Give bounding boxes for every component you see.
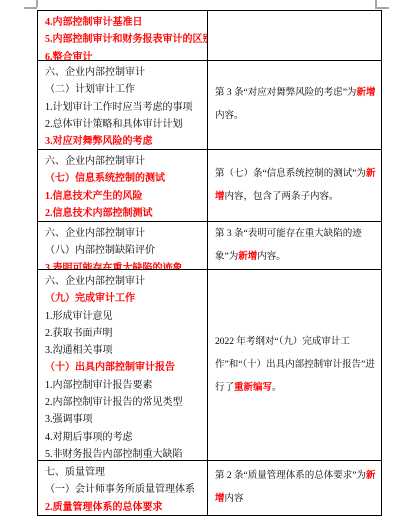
- table-row: 六、企业内部控制审计（二）计划审计工作1.计划审计工作时应当考虑的事项2.总体审…: [38, 61, 381, 150]
- outline-item-changed: 3.表明可能存在重大缺陷的迹象: [45, 260, 204, 269]
- document-page: 4.内部控制审计基准日5.内部控制审计和财务报表审计的区别6.整合审计六、企业内…: [0, 0, 417, 525]
- change-type-highlight: 新增: [356, 88, 375, 98]
- outline-item: 六、企业内部控制审计: [45, 225, 204, 242]
- outline-item: 1.形成审计意见: [45, 308, 204, 325]
- note-cell: 第（七）条“信息系统控制的测试”为新增内容，包含了两条子内容。: [208, 150, 381, 221]
- change-note: 第 3 条“对应对舞弊风险的考虑”为新增内容。: [215, 82, 376, 128]
- outline-item-changed: 1.信息技术产生的风险: [45, 188, 204, 205]
- note-cell: 第 3 条“表明可能存在重大缺陷的迹象”为新增内容。: [208, 222, 381, 269]
- outline-item-changed: 2.质量管理体系的总体要求: [45, 499, 204, 515]
- outline-item: 2.获取书面声明: [45, 325, 204, 342]
- outline-item: 六、企业内部控制审计: [45, 64, 204, 81]
- note-cell: [208, 11, 381, 60]
- note-cell: 第 3 条“对应对舞弊风险的考虑”为新增内容。: [208, 61, 381, 149]
- note-text: 内容: [225, 494, 244, 504]
- note-text: 内容。: [257, 252, 286, 262]
- note-text: 内容，包含了两条子内容。: [225, 192, 339, 202]
- outline-item: （二）计划审计工作: [45, 81, 204, 98]
- note-text: 。: [272, 383, 282, 393]
- outline-item: 2.内部控制审计报告的常见类型: [45, 394, 204, 411]
- outline-item-changed: （七）信息系统控制的测试: [45, 170, 204, 187]
- margin-mark-top-left-horizontal: [24, 7, 37, 9]
- outline-cell: 六、企业内部控制审计（二）计划审计工作1.计划审计工作时应当考虑的事项2.总体审…: [38, 61, 208, 149]
- note-cell: 第 2 条“质量管理体系的总体要求”为新增内容: [208, 461, 381, 515]
- table-row: 六、企业内部控制审计（八）内部控制缺陷评价3.表明可能存在重大缺陷的迹象第 3 …: [38, 222, 381, 270]
- outline-item-changed: 2.信息技术内部控制测试: [45, 205, 204, 221]
- outline-item: 3.强调事项: [45, 411, 204, 428]
- outline-item: 4.对期后事项的考虑: [45, 429, 204, 446]
- outline-item: 1.计划审计工作时应当考虑的事项: [45, 99, 204, 116]
- note-text: 第 3 条“对应对舞弊风险的考虑”为: [215, 88, 356, 98]
- margin-mark-top-right-horizontal: [375, 7, 389, 9]
- outline-cell: 4.内部控制审计基准日5.内部控制审计和财务报表审计的区别6.整合审计: [38, 11, 208, 60]
- outline-cell: 六、企业内部控制审计（七）信息系统控制的测试1.信息技术产生的风险2.信息技术内…: [38, 150, 208, 221]
- change-note: 第（七）条“信息系统控制的测试”为新增内容，包含了两条子内容。: [215, 163, 376, 209]
- table-row: 六、企业内部控制审计（七）信息系统控制的测试1.信息技术产生的风险2.信息技术内…: [38, 150, 381, 222]
- change-type-highlight: 新增: [238, 252, 257, 262]
- table-row: 七、质量管理（一）会计师事务所质量管理体系2.质量管理体系的总体要求第 2 条“…: [38, 461, 381, 515]
- outline-item: 六、企业内部控制审计: [45, 273, 204, 290]
- note-text: 第 3 条“表明可能存在重大缺陷的迹象”为: [215, 229, 362, 262]
- table-row: 4.内部控制审计基准日5.内部控制审计和财务报表审计的区别6.整合审计: [38, 11, 381, 61]
- change-type-highlight: 重新编写: [234, 383, 272, 393]
- outline-item: （一）会计师事务所质量管理体系: [45, 481, 204, 498]
- outline-cell: 六、企业内部控制审计（九）完成审计工作1.形成审计意见2.获取书面声明3.沟通相…: [38, 270, 208, 460]
- change-note: 2022 年考纲对“（九）完成审计工作”和“（十）出具内部控制审计报告”进行了重…: [215, 331, 376, 400]
- change-note: 第 3 条“表明可能存在重大缺陷的迹象”为新增内容。: [215, 223, 376, 269]
- outline-item: 七、质量管理: [45, 464, 204, 481]
- comparison-table: 4.内部控制审计基准日5.内部控制审计和财务报表审计的区别6.整合审计六、企业内…: [37, 10, 382, 516]
- outline-item-changed: 4.内部控制审计基准日: [45, 14, 204, 31]
- outline-item-changed: 5.内部控制审计和财务报表审计的区别: [45, 31, 204, 48]
- outline-item: （八）内部控制缺陷评价: [45, 242, 204, 259]
- outline-cell: 七、质量管理（一）会计师事务所质量管理体系2.质量管理体系的总体要求: [38, 461, 208, 515]
- outline-item: 六、企业内部控制审计: [45, 153, 204, 170]
- outline-item: 2.总体审计策略和具体审计计划: [45, 116, 204, 133]
- note-text: 第（七）条“信息系统控制的测试”为: [215, 169, 366, 179]
- margin-mark-top-left-vertical: [36, 0, 38, 7]
- note-text: 内容。: [215, 111, 244, 121]
- outline-item-changed: （十）出具内部控制审计报告: [45, 359, 204, 376]
- change-note: 第 2 条“质量管理体系的总体要求”为新增内容: [215, 465, 376, 511]
- margin-mark-top-right-vertical: [375, 0, 377, 7]
- outline-item: 5.非财务报告内部控制重大缺陷: [45, 446, 204, 460]
- outline-item: 3.沟通相关事项: [45, 342, 204, 359]
- outline-cell: 六、企业内部控制审计（八）内部控制缺陷评价3.表明可能存在重大缺陷的迹象: [38, 222, 208, 269]
- note-cell: 2022 年考纲对“（九）完成审计工作”和“（十）出具内部控制审计报告”进行了重…: [208, 270, 381, 460]
- table-row: 六、企业内部控制审计（九）完成审计工作1.形成审计意见2.获取书面声明3.沟通相…: [38, 270, 381, 461]
- outline-item: 1.内部控制审计报告要素: [45, 377, 204, 394]
- outline-item-changed: 6.整合审计: [45, 49, 204, 60]
- outline-item-changed: 3.对应对舞弊风险的考虑: [45, 133, 204, 149]
- note-text: 第 2 条“质量管理体系的总体要求”为: [215, 471, 366, 481]
- outline-item-changed: （九）完成审计工作: [45, 290, 204, 307]
